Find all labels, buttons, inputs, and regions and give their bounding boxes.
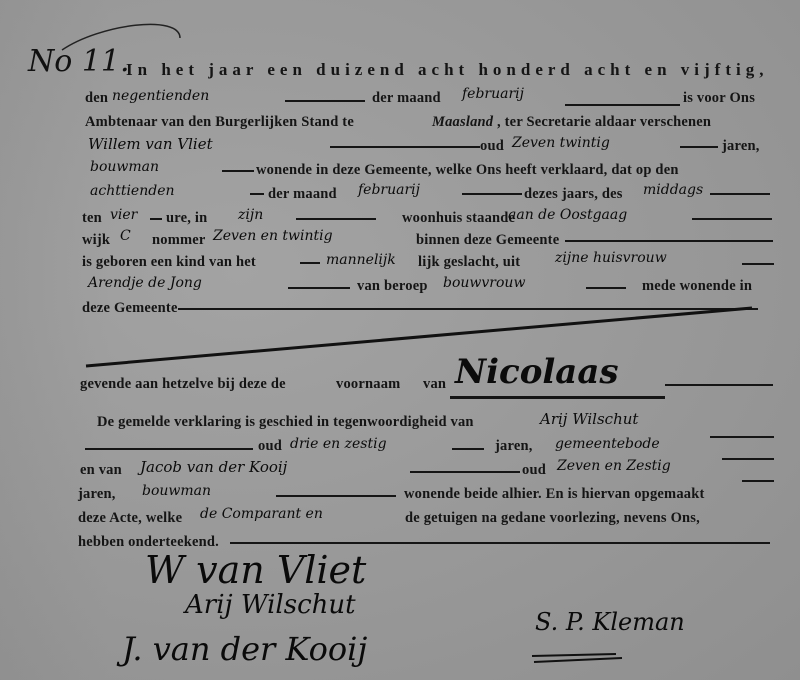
printed-text: dezes jaars, des [524,186,623,203]
fill-line [452,448,484,450]
printed-text: De gemelde verklaring is geschied in teg… [97,414,474,431]
blank-space-strike-line [80,300,780,370]
fill-line [276,495,396,497]
printed-text: den [85,90,108,107]
handwritten-witness2-age: Zeven en Zestig [557,458,671,474]
handwritten-father-name: Willem van Vliet [88,135,213,153]
printed-text: van [423,376,446,393]
fill-line [586,287,626,289]
signature-witness2: J. van der Kooij [122,630,367,668]
handwritten-witness1-name: Arij Wilschut [540,410,638,428]
printed-text: woonhuis staande [402,210,515,227]
printed-text: ten [82,210,102,227]
fill-line [722,458,774,460]
printed-text: Ambtenaar van den Burgerlijken Stand te [85,114,354,131]
printed-text: gevende aan hetzelve bij deze de [80,376,286,393]
printed-text: oud [522,462,546,479]
printed-text: voornaam [336,376,400,393]
printed-text: deze Acte, welke [78,510,182,527]
printed-text: wonende beide alhier. En is hiervan opge… [404,486,705,503]
place-name: Maasland [432,114,493,131]
signature-father: W van Vliet [145,548,366,592]
fill-line [710,193,770,195]
handwritten-sex: mannelijk [326,252,396,268]
fill-line [222,170,254,172]
handwritten-street: aan de Oostgaag [508,207,627,223]
fill-line [680,146,718,148]
printed-text: nommer [152,232,206,249]
printed-text: lijk geslacht, uit [418,254,520,271]
printed-text: mede wonende in [642,278,752,295]
scanned-document: No 11. In het jaar een duizend acht hond… [0,0,800,680]
fill-line [288,287,350,289]
fill-line [285,100,365,102]
fill-line [330,146,480,148]
opening-line: In het jaar een duizend acht honderd ach… [126,60,768,80]
handwritten-birth-day: achttienden [90,183,175,199]
printed-text: jaren, [495,438,533,455]
handwritten-birth-month: februarij [358,182,420,198]
printed-text: is geboren een kind van het [82,254,256,271]
flourish-decoration [60,14,190,54]
signature-underline [530,652,630,666]
fill-line [742,263,774,265]
fill-line [230,542,770,544]
handwritten-child-name: Nicolaas [455,352,619,392]
handwritten-hour: vier [110,207,137,223]
fill-line [665,384,773,386]
printed-text: , ter Secretarie aldaar verschenen [497,114,711,131]
handwritten-witness1-occupation: gemeentebode [555,436,660,452]
printed-text: jaren, [722,138,760,155]
fill-line [565,240,773,242]
fill-line [410,471,520,473]
handwritten-time-of-day: middags [643,182,703,198]
fill-line [296,218,376,220]
printed-text: jaren, [78,486,116,503]
name-underline [450,396,665,399]
signature-witness1: Arij Wilschut [185,590,356,620]
fill-line [250,193,264,195]
printed-text: wonende in deze Gemeente, welke Ons heef… [256,162,679,179]
fill-line [565,104,680,106]
printed-text: der maand [268,186,337,203]
printed-text: wijk [82,232,110,249]
fill-line [300,262,320,264]
printed-text: en van [80,462,122,479]
handwritten-day: negentienden [112,88,209,104]
printed-text: is voor Ons [683,90,755,107]
handwritten-witness1-age: drie en zestig [290,436,387,452]
handwritten-wife: zijne huisvrouw [555,250,667,266]
printed-text: binnen deze Gemeente [416,232,559,249]
handwritten-age: Zeven twintig [512,135,610,151]
handwritten-mother-name: Arendje de Jong [88,275,202,291]
handwritten-house-number: Zeven en twintig [213,228,333,244]
handwritten-occupation: bouwman [90,159,159,175]
fill-line [742,480,774,482]
fill-line [710,436,774,438]
printed-text: ure, in [166,210,207,227]
handwritten-his: zijn [238,207,263,223]
fill-line [85,448,253,450]
fill-line [692,218,772,220]
handwritten-mother-occupation: bouwvrouw [443,275,525,291]
handwritten-ward: C [120,228,131,244]
signature-official: S. P. Kleman [535,608,685,636]
fill-line [462,193,522,195]
printed-text: oud [258,438,282,455]
handwritten-month: februarij [462,86,524,102]
printed-text: oud [480,138,504,155]
printed-text: de getuigen na gedane voorlezing, nevens… [405,510,700,527]
handwritten-witness2-occupation: bouwman [142,483,211,499]
printed-text: der maand [372,90,441,107]
handwritten-witness2-name: Jacob van der Kooij [140,458,287,476]
printed-text: van beroep [357,278,428,295]
handwritten-comparant: de Comparant en [200,506,323,522]
fill-line [150,218,162,220]
